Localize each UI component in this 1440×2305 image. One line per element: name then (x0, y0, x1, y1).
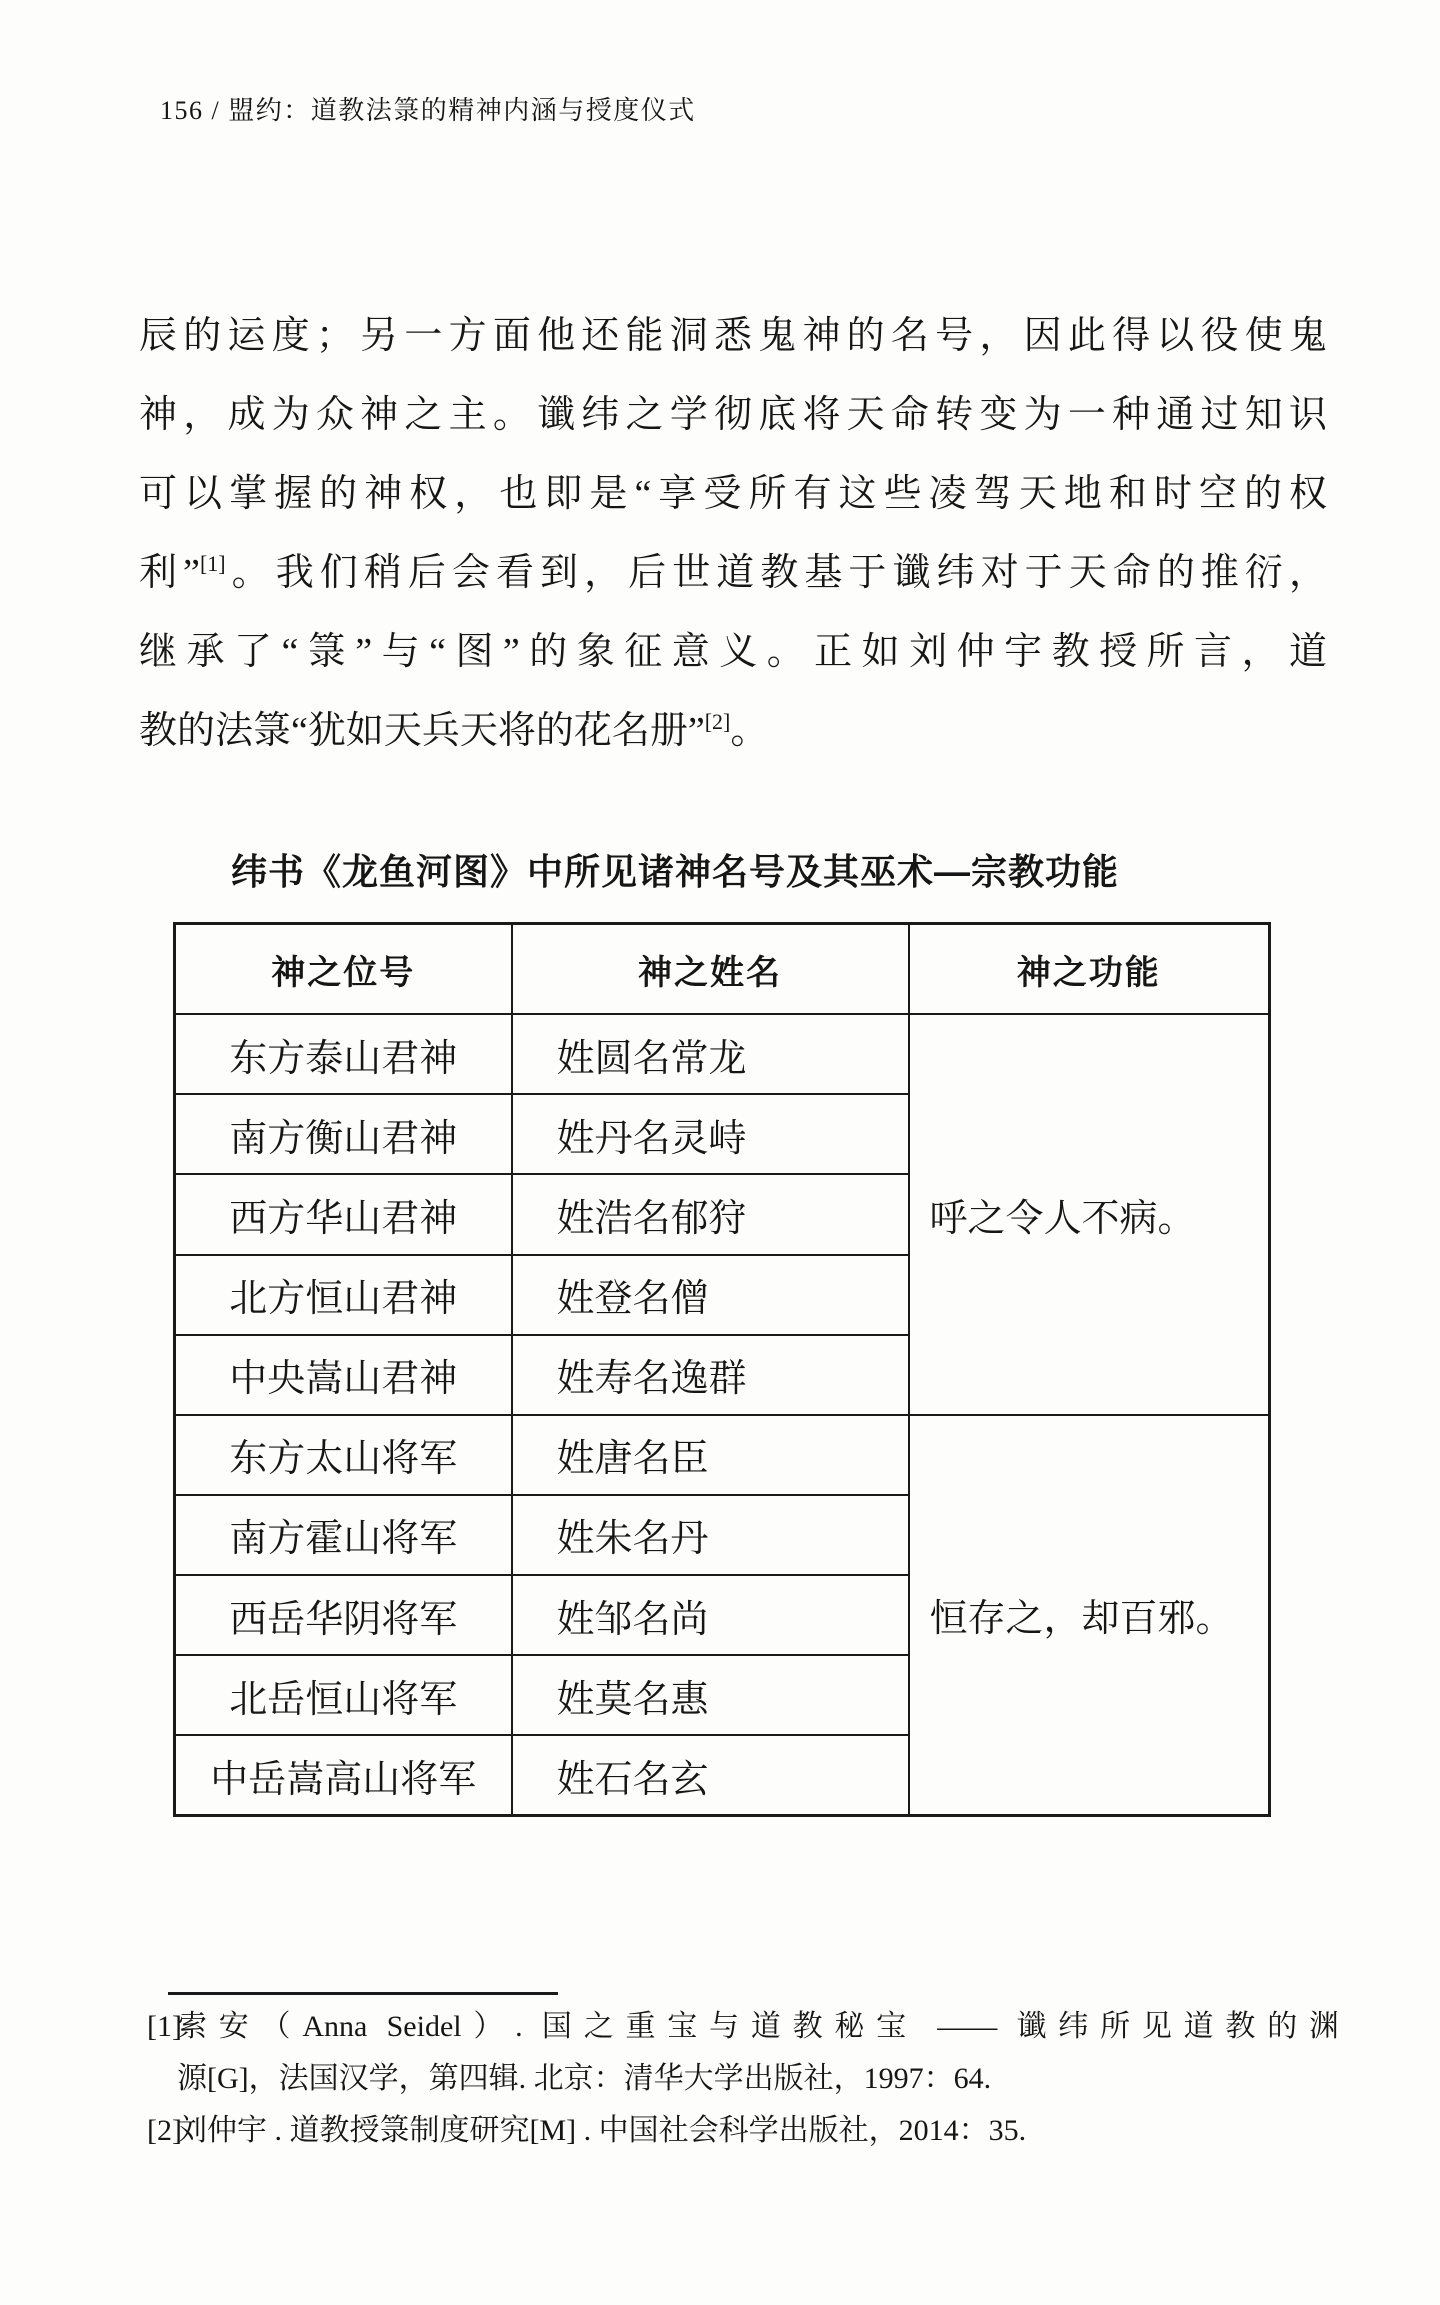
table-row: 东方泰山君神 姓圆名常龙 呼之令人不病。 (175, 1014, 1270, 1094)
cell-position: 东方太山将军 (175, 1415, 512, 1495)
cell-name: 姓石名玄 (512, 1735, 909, 1815)
cell-position: 北方恒山君神 (175, 1255, 512, 1335)
cell-position: 西方华山君神 (175, 1174, 512, 1254)
header-cell-position: 神之位号 (175, 924, 512, 1015)
paragraph-line-text: 辰的运度；另一方面他还能洞悉鬼神的名号，因此得以役使鬼 (139, 315, 1327, 357)
body-paragraph: 辰的运度；另一方面他还能洞悉鬼神的名号，因此得以役使鬼 神，成为众神之主。谶纬之… (139, 297, 1327, 771)
paragraph-line: 教的法箓“犹如天兵天将的花名册”[2]。 (139, 692, 1327, 771)
table-title: 纬书《龙鱼河图》中所见诸神名号及其巫术—宗教功能 (75, 844, 1275, 895)
paragraph-line-text: 可以掌握的神权，也即是“享受所有这些凌驾天地和时空的权 (139, 473, 1327, 515)
paragraph-line: 神，成为众神之主。谶纬之学彻底将天命转变为一种通过知识 (139, 376, 1327, 455)
page-header: 156 / 盟约：道教法箓的精神内涵与授度仪式 (160, 90, 696, 127)
paragraph-line: 可以掌握的神权，也即是“享受所有这些凌驾天地和时空的权 (139, 455, 1327, 534)
cell-position: 中央嵩山君神 (175, 1335, 512, 1415)
header-cell-function: 神之功能 (909, 924, 1270, 1015)
footnote-reference-1: [1] (200, 551, 226, 576)
cell-position: 东方泰山君神 (175, 1014, 512, 1094)
table-header-row: 神之位号 神之姓名 神之功能 (175, 924, 1270, 1015)
header-cell-name: 神之姓名 (512, 924, 909, 1015)
cell-name: 姓寿名逸群 (512, 1335, 909, 1415)
paragraph-line: 继承了“箓”与“图”的象征意义。正如刘仲宇教授所言，道 (139, 613, 1327, 692)
paragraph-line: 利”[1]。我们稍后会看到，后世道教基于谶纬对于天命的推衍， (139, 534, 1327, 613)
paragraph-line-text: 利” (139, 552, 200, 594)
cell-position: 中岳嵩高山将军 (175, 1735, 512, 1815)
paragraph-line-text: 。 (730, 710, 768, 752)
paragraph-line-text: 教的法箓“犹如天兵天将的花名册” (139, 710, 705, 752)
paragraph-line-text: 继承了“箓”与“图”的象征意义。正如刘仲宇教授所言，道 (139, 631, 1327, 673)
footnote-reference-2: [2] (705, 709, 731, 734)
cell-name: 姓浩名郁狩 (512, 1174, 909, 1254)
cell-position: 南方霍山将军 (175, 1495, 512, 1575)
paragraph-line-text: 。我们稍后会看到，后世道教基于谶纬对于天命的推衍， (226, 552, 1327, 594)
footnote-line: 索安（Anna Seidel）. 国之重宝与道教秘宝 —— 谶纬所见道教的渊 (177, 2001, 1339, 2053)
book-page: 156 / 盟约：道教法箓的精神内涵与授度仪式 辰的运度；另一方面他还能洞悉鬼神… (0, 0, 1440, 2305)
cell-function-merged: 恒存之，却百邪。 (909, 1415, 1270, 1816)
footnote-2: [2] 刘仲宇 . 道教授箓制度研究[M] . 中国社会科学出版社，2014：3… (147, 2105, 1339, 2157)
cell-name: 姓唐名臣 (512, 1415, 909, 1495)
footnotes: [1] 索安（Anna Seidel）. 国之重宝与道教秘宝 —— 谶纬所见道教… (147, 2001, 1339, 2157)
cell-name: 姓圆名常龙 (512, 1014, 909, 1094)
cell-name: 姓莫名惠 (512, 1655, 909, 1735)
deity-table: 神之位号 神之姓名 神之功能 东方泰山君神 姓圆名常龙 呼之令人不病。 南方衡山… (173, 922, 1271, 1817)
footnote-line: 源[G]，法国汉学，第四辑. 北京：清华大学出版社，1997：64. (177, 2053, 1339, 2105)
cell-name: 姓朱名丹 (512, 1495, 909, 1575)
cell-position: 西岳华阴将军 (175, 1575, 512, 1655)
cell-name: 姓登名僧 (512, 1255, 909, 1335)
table-row: 东方太山将军 姓唐名臣 恒存之，却百邪。 (175, 1415, 1270, 1495)
paragraph-line-text: 神，成为众神之主。谶纬之学彻底将天命转变为一种通过知识 (139, 394, 1327, 436)
footnote-marker: [2] (147, 2105, 182, 2157)
cell-position: 南方衡山君神 (175, 1094, 512, 1174)
footnote-1: [1] 索安（Anna Seidel）. 国之重宝与道教秘宝 —— 谶纬所见道教… (147, 2001, 1339, 2105)
footnote-marker: [1] (147, 2001, 182, 2053)
cell-position: 北岳恒山将军 (175, 1655, 512, 1735)
footnote-divider (168, 1992, 558, 1995)
footnote-line: 刘仲宇 . 道教授箓制度研究[M] . 中国社会科学出版社，2014：35. (177, 2105, 1339, 2157)
cell-function-merged: 呼之令人不病。 (909, 1014, 1270, 1415)
paragraph-line: 辰的运度；另一方面他还能洞悉鬼神的名号，因此得以役使鬼 (139, 297, 1327, 376)
cell-name: 姓邹名尚 (512, 1575, 909, 1655)
cell-name: 姓丹名灵峙 (512, 1094, 909, 1174)
